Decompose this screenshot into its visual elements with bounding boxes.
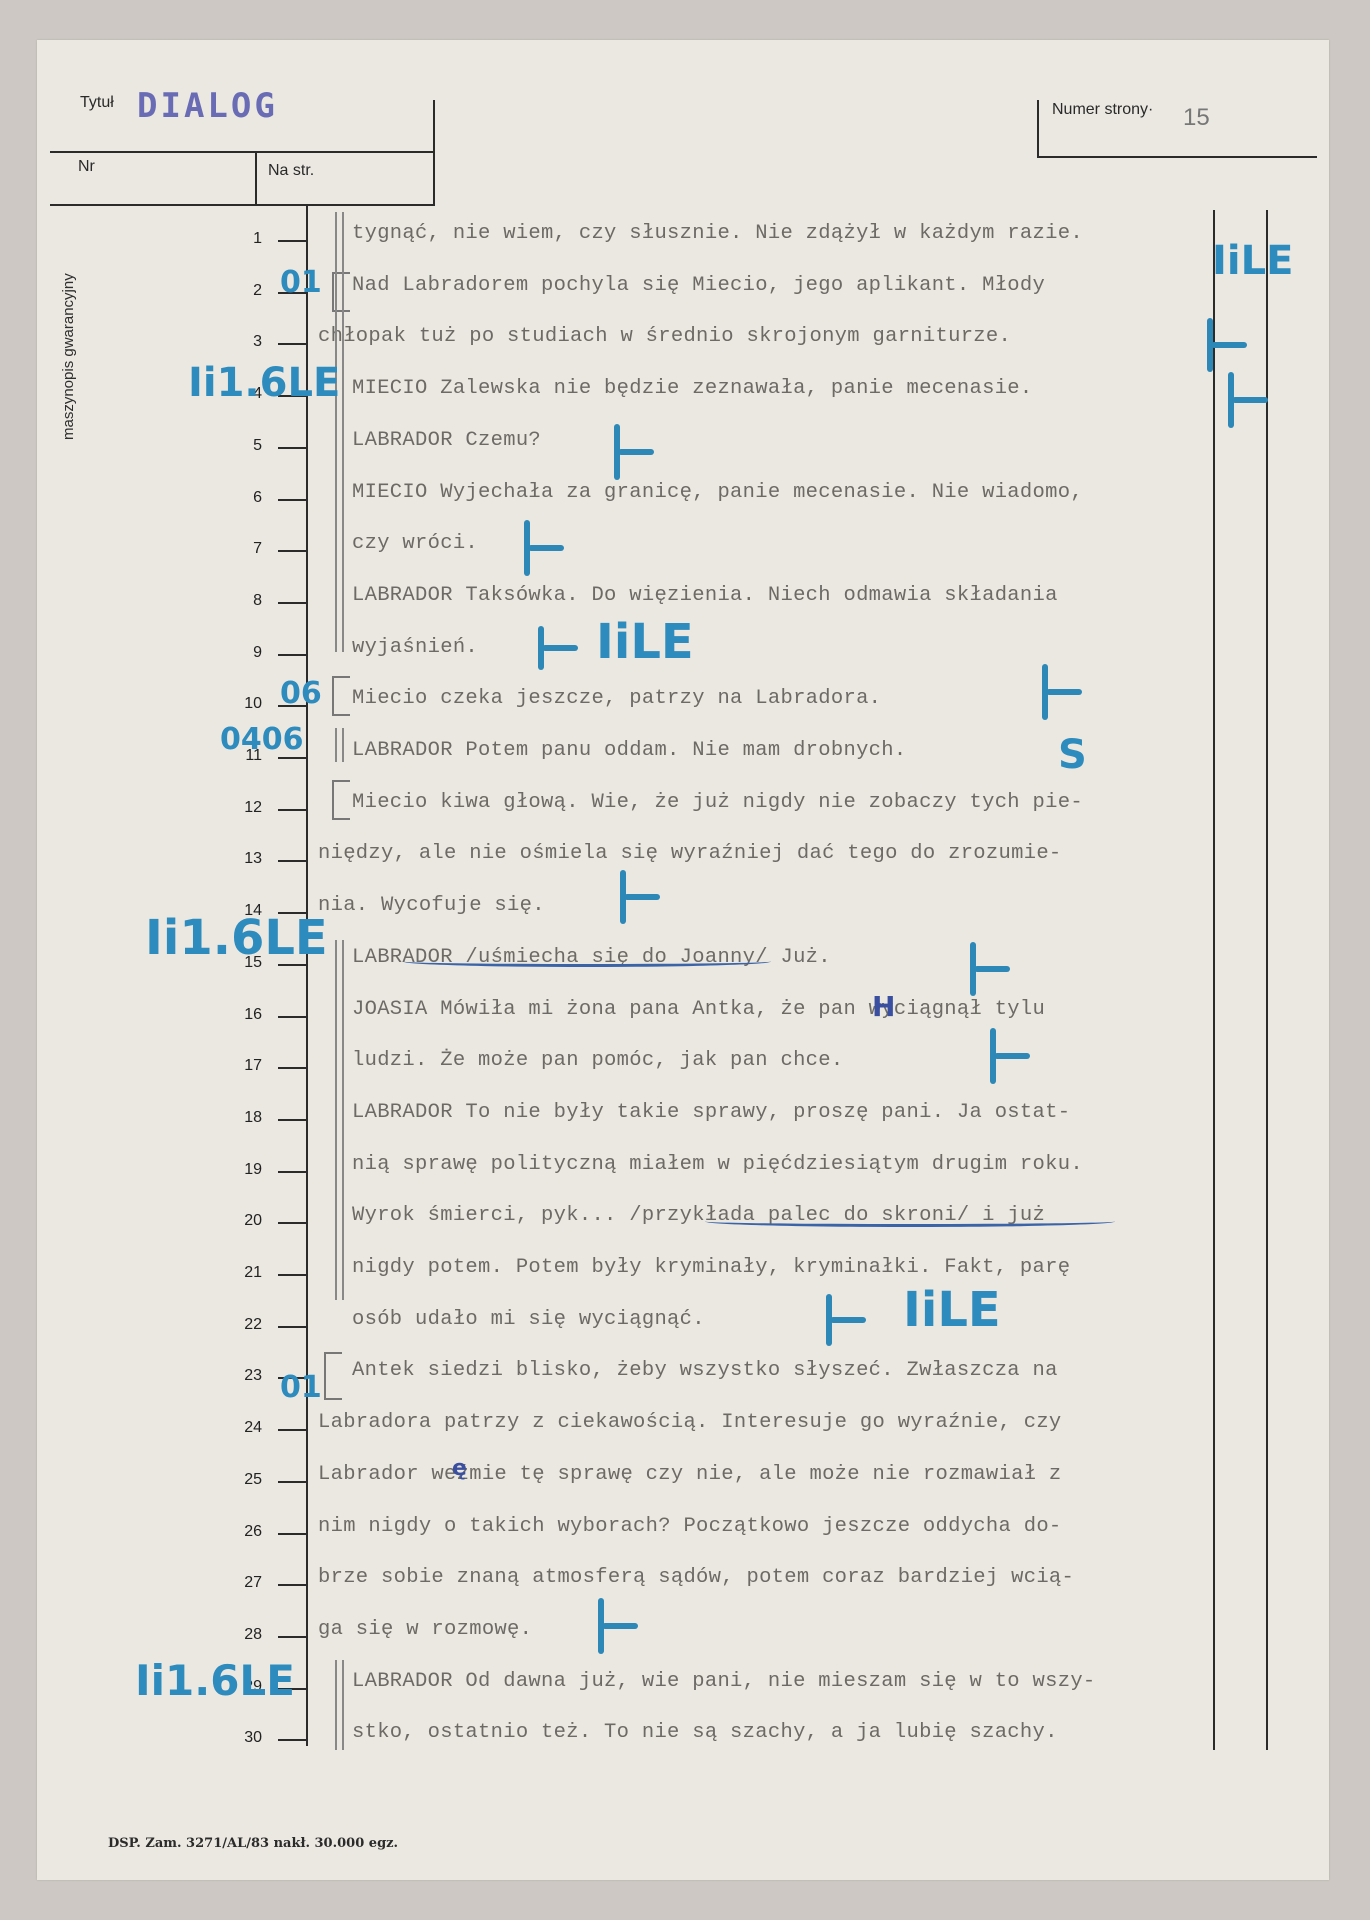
line-number: 22 <box>222 1316 262 1334</box>
line-number: 7 <box>222 540 262 558</box>
line-number: 16 <box>222 1006 262 1024</box>
typed-line: brze sobie znaną atmosferą sądów, potem … <box>318 1552 1074 1604</box>
typed-line: chłopak tuż po studiach w średnio skrojo… <box>318 311 1011 363</box>
title-stamp: DIALOG <box>137 86 278 126</box>
cut-mark <box>620 870 626 924</box>
typed-line: osób udało mi się wyciągnąć. <box>352 1294 705 1346</box>
line-number: 25 <box>222 1471 262 1489</box>
right-margin-rule <box>1266 210 1268 1750</box>
nr-label: Nr <box>78 158 95 176</box>
ruler-tick <box>278 1274 306 1276</box>
cut-mark <box>538 626 544 670</box>
typed-line: wyjaśnień. <box>352 622 478 674</box>
ruler-tick <box>278 240 306 242</box>
ruler-tick <box>278 1533 306 1535</box>
cut-mark <box>1228 372 1234 428</box>
title-label: Tytuł <box>80 94 114 112</box>
typed-line: LABRADOR Taksówka. Do więzienia. Niech o… <box>352 570 1058 622</box>
ruler-tick <box>278 1222 306 1224</box>
line-number: 30 <box>222 1729 262 1747</box>
cut-mark <box>826 1294 832 1346</box>
form-border <box>50 204 435 206</box>
cut-mark <box>1042 664 1048 720</box>
line-number: 8 <box>222 592 262 610</box>
line-number: 27 <box>222 1574 262 1592</box>
line-number: 28 <box>222 1626 262 1644</box>
typed-line: Nad Labradorem pochyla się Miecio, jego … <box>352 260 1045 312</box>
right-margin-rule <box>1213 210 1215 1750</box>
ruler-tick <box>278 1171 306 1173</box>
margin-code: 01 <box>280 265 322 300</box>
ruler-tick <box>278 809 306 811</box>
ruler-tick <box>278 447 306 449</box>
cut-mark <box>598 1598 604 1654</box>
ruler-tick <box>278 860 306 862</box>
ruler-tick <box>278 499 306 501</box>
line-number: 13 <box>222 850 262 868</box>
dialogue-bar <box>335 212 344 652</box>
ruler-line <box>306 206 308 1746</box>
typed-line: Antek siedzi blisko, żeby wszystko słysz… <box>352 1345 1058 1397</box>
margin-code: 01 <box>280 1370 322 1405</box>
margin-code: Ii1.6LE <box>145 910 328 966</box>
scene-bracket <box>332 676 350 716</box>
ruler-tick <box>278 1326 306 1328</box>
line-number: 6 <box>222 489 262 507</box>
typed-line: Labrador weźmie tę sprawę czy nie, ale m… <box>318 1449 1062 1501</box>
typed-line: nia. Wycofuje się. <box>318 880 545 932</box>
line-number: 19 <box>222 1161 262 1179</box>
ruler-tick <box>278 1481 306 1483</box>
margin-code: Ii1.6LE <box>135 1656 295 1705</box>
ruler-tick <box>278 550 306 552</box>
ruler-tick <box>278 1016 306 1018</box>
typed-line: nim nigdy o takich wyborach? Początkowo … <box>318 1501 1062 1553</box>
line-number: 2 <box>222 282 262 300</box>
line-number: 1 <box>222 230 262 248</box>
inline-code: S <box>1058 732 1087 778</box>
margin-code: Ii1.6LE <box>188 360 340 406</box>
inline-code: IiLE <box>596 614 694 670</box>
line-number: 17 <box>222 1057 262 1075</box>
wavy-underline <box>403 956 771 967</box>
cut-mark <box>524 520 530 576</box>
cut-mark <box>990 1028 996 1084</box>
line-number: 26 <box>222 1523 262 1541</box>
page-number-box <box>1037 100 1039 158</box>
line-number: 12 <box>222 799 262 817</box>
form-border <box>255 151 257 206</box>
line-number: 10 <box>222 695 262 713</box>
side-label: maszynopis gwarancyjny <box>60 273 77 440</box>
ruler-tick <box>278 1636 306 1638</box>
form-border <box>433 100 435 206</box>
typed-line: Labradora patrzy z ciekawością. Interesu… <box>318 1397 1062 1449</box>
typed-line: tygnąć, nie wiem, czy słusznie. Nie zdąż… <box>352 208 1083 260</box>
line-number: 20 <box>222 1212 262 1230</box>
scene-bracket <box>332 780 350 820</box>
correction-mark: ę <box>452 1456 467 1481</box>
typed-line: Miecio czeka jeszcze, patrzy na Labrador… <box>352 673 881 725</box>
page-number-label: Numer strony· <box>1052 101 1153 119</box>
wavy-underline <box>705 1216 1115 1227</box>
ruler-tick <box>278 1067 306 1069</box>
inline-code: IiLE <box>903 1282 1001 1338</box>
ruler-tick <box>278 602 306 604</box>
scene-bracket <box>324 1352 342 1400</box>
ruler-tick <box>278 343 306 345</box>
ruler-tick <box>278 1429 306 1431</box>
dialogue-bar <box>335 728 344 762</box>
cut-mark <box>1207 318 1213 372</box>
line-number: 24 <box>222 1419 262 1437</box>
typed-line: MIECIO Wyjechała za granicę, panie mecen… <box>352 467 1083 519</box>
cut-mark <box>970 942 976 996</box>
inline-code: IiLE <box>1212 238 1293 284</box>
cut-mark <box>614 424 620 480</box>
ruler-tick <box>278 1739 306 1741</box>
margin-code: 06 <box>280 676 322 711</box>
typed-line: ga się w rozmowę. <box>318 1604 532 1656</box>
line-number: 9 <box>222 644 262 662</box>
ruler-tick <box>278 1584 306 1586</box>
ruler-tick <box>278 1119 306 1121</box>
typed-line: LABRADOR To nie były takie sprawy, prosz… <box>352 1087 1070 1139</box>
ruler-tick <box>278 757 306 759</box>
typed-line: stko, ostatnio też. To nie są szachy, a … <box>352 1707 1058 1759</box>
ruler-tick <box>278 654 306 656</box>
typed-line: LABRADOR Potem panu oddam. Nie mam drobn… <box>352 725 907 777</box>
dialogue-bar <box>335 940 344 1300</box>
typed-line: nią sprawę polityczną miałem w pięćdzies… <box>352 1139 1083 1191</box>
typed-line: ludzi. Że może pan pomóc, jak pan chce. <box>352 1035 843 1087</box>
margin-code: 0406 <box>220 722 304 757</box>
form-border <box>50 151 435 153</box>
line-number: 21 <box>222 1264 262 1282</box>
line-number: 23 <box>222 1367 262 1385</box>
page-number-box <box>1037 156 1317 158</box>
print-footer: DSP. Zam. 3271/AL/83 nakł. 30.000 egz. <box>108 1836 398 1851</box>
typed-line: czy wróci. <box>352 518 478 570</box>
typed-line: Miecio kiwa głową. Wie, że już nigdy nie… <box>352 777 1083 829</box>
inline-code: H <box>872 990 895 1023</box>
line-number: 18 <box>222 1109 262 1127</box>
typed-line: JOASIA Mówiła mi żona pana Antka, że pan… <box>352 984 1045 1036</box>
page-number-value: 15 <box>1183 104 1210 132</box>
dialogue-bar <box>335 1660 344 1750</box>
na-str-label: Na str. <box>268 162 314 180</box>
typed-line: MIECIO Zalewska nie będzie zeznawała, pa… <box>352 363 1033 415</box>
line-number: 3 <box>222 333 262 351</box>
typed-line: LABRADOR Od dawna już, wie pani, nie mie… <box>352 1656 1096 1708</box>
line-number: 5 <box>222 437 262 455</box>
typed-line: LABRADOR Czemu? <box>352 415 541 467</box>
typed-line: niędzy, ale nie ośmiela się wyraźniej da… <box>318 828 1062 880</box>
